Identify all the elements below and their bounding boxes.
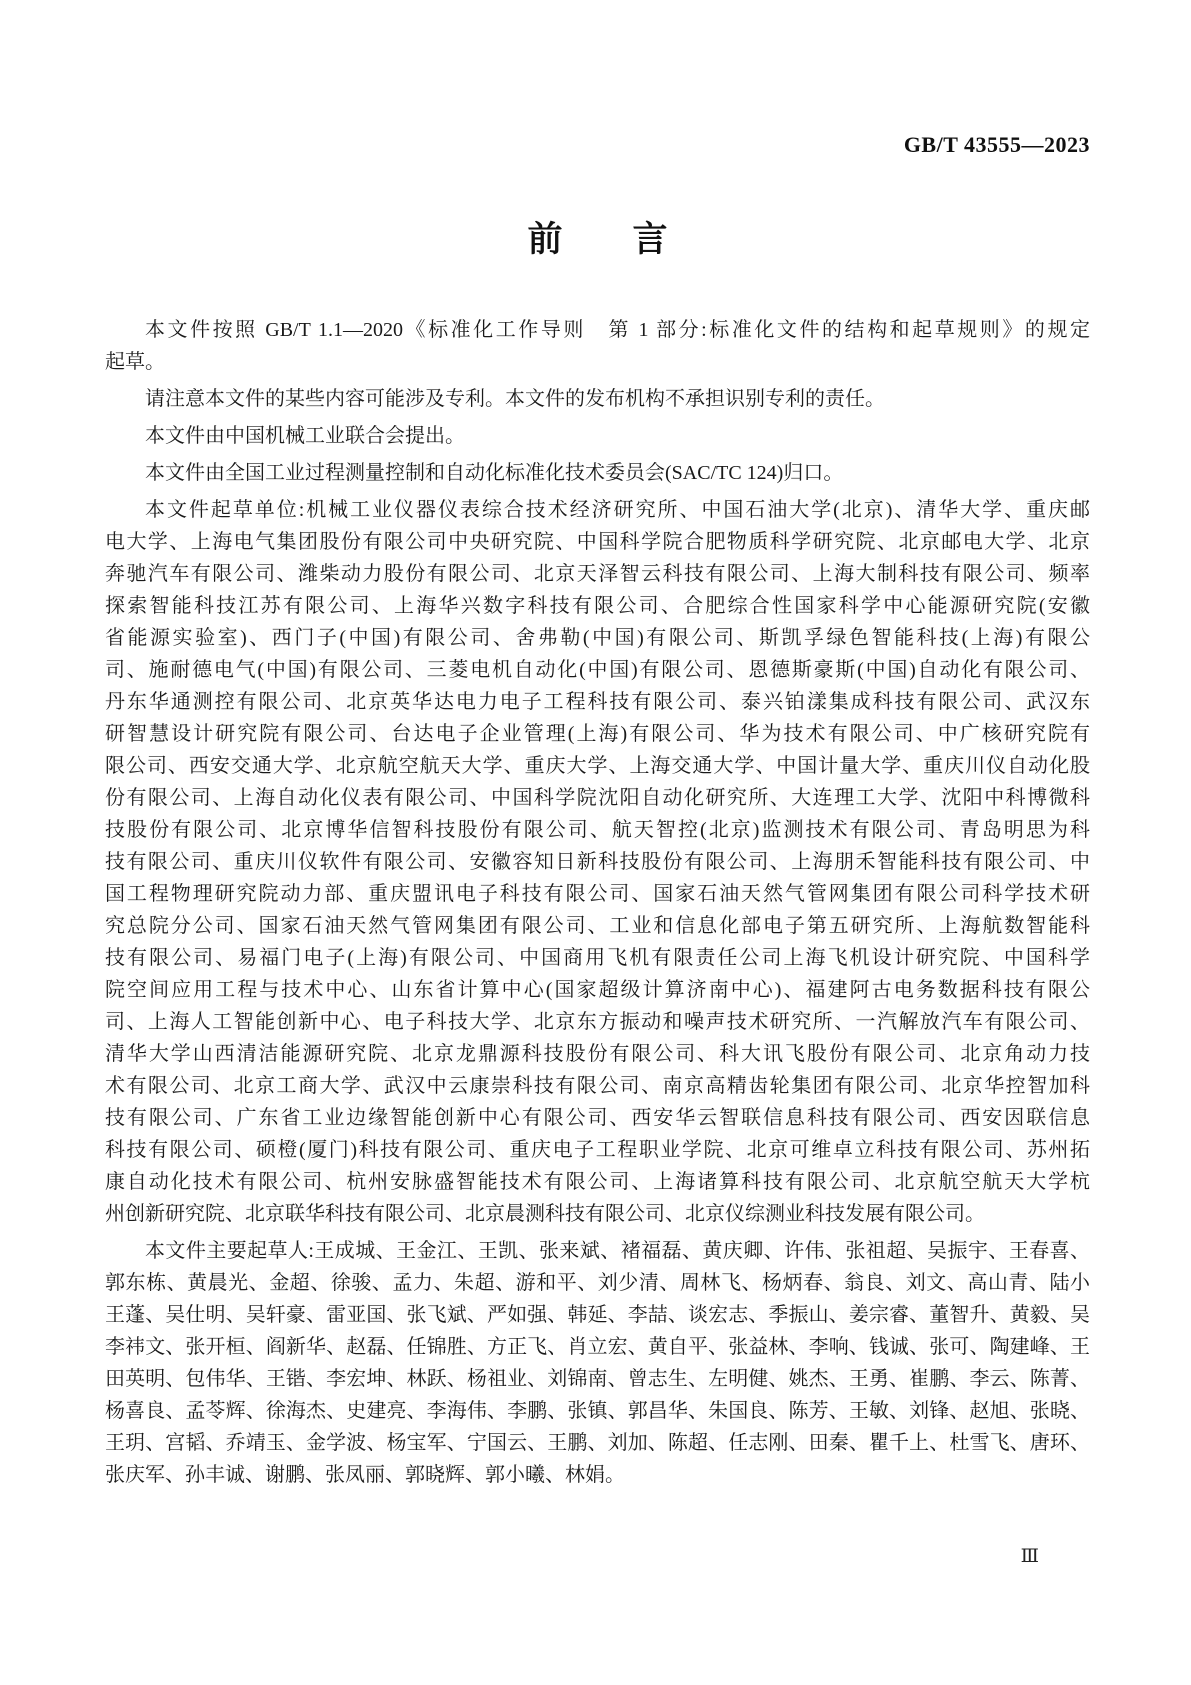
body-line: 份有限公司、上海自动化仪表有限公司、中国科学院沈阳自动化研究所、大连理工大学、沈… <box>105 782 1090 814</box>
body-line: 探索智能科技江苏有限公司、上海华兴数字科技有限公司、合肥综合性国家科学中心能源研… <box>105 590 1090 622</box>
body-line: 奔驰汽车有限公司、潍柴动力股份有限公司、北京天泽智云科技有限公司、上海大制科技有… <box>105 558 1090 590</box>
body-line: 张庆军、孙丰诚、谢鹏、张凤丽、郭晓辉、郭小曦、林娟。 <box>105 1459 1090 1491</box>
body-line: 李祎文、张开桓、阎新华、赵磊、任锦胜、方正飞、肖立宏、黄自平、张益林、李响、钱诚… <box>105 1331 1090 1363</box>
body-line: 本文件主要起草人:王成城、王金江、王凯、张来斌、褚福磊、黄庆卿、许伟、张祖超、吴… <box>105 1235 1090 1267</box>
body-line: 院空间应用工程与技术中心、山东省计算中心(国家超级计算济南中心)、福建阿古电务数… <box>105 974 1090 1006</box>
body-line: 限公司、西安交通大学、北京航空航天大学、重庆大学、上海交通大学、中国计量大学、重… <box>105 750 1090 782</box>
body-line: 清华大学山西清洁能源研究院、北京龙鼎源科技股份有限公司、科大讯飞股份有限公司、北… <box>105 1038 1090 1070</box>
body-line: 技有限公司、广东省工业边缘智能创新中心有限公司、西安华云智联信息科技有限公司、西… <box>105 1102 1090 1134</box>
body-line: 术有限公司、北京工商大学、武汉中云康崇科技有限公司、南京高精齿轮集团有限公司、北… <box>105 1070 1090 1102</box>
paragraph: 本文件主要起草人:王成城、王金江、王凯、张来斌、褚福磊、黄庆卿、许伟、张祖超、吴… <box>105 1235 1090 1491</box>
document-body: 本文件按照 GB/T 1.1—2020《标准化工作导则 第 1 部分:标准化文件… <box>105 314 1090 1491</box>
body-line: 州创新研究院、北京联华科技有限公司、北京晨测科技有限公司、北京仪综测业科技发展有… <box>105 1198 1090 1230</box>
body-line: 请注意本文件的某些内容可能涉及专利。本文件的发布机构不承担识别专利的责任。 <box>105 383 1090 415</box>
body-line: 科技有限公司、硕橙(厦门)科技有限公司、重庆电子工程职业学院、北京可维卓立科技有… <box>105 1134 1090 1166</box>
page-number: Ⅲ <box>1021 1546 1039 1568</box>
paragraph: 本文件由中国机械工业联合会提出。 <box>105 420 1090 452</box>
body-line: 丹东华通测控有限公司、北京英华达电力电子工程科技有限公司、泰兴铂漾集成科技有限公… <box>105 686 1090 718</box>
body-line: 技有限公司、易福门电子(上海)有限公司、中国商用飞机有限责任公司上海飞机设计研究… <box>105 942 1090 974</box>
paragraph: 请注意本文件的某些内容可能涉及专利。本文件的发布机构不承担识别专利的责任。 <box>105 383 1090 415</box>
paragraph: 本文件按照 GB/T 1.1—2020《标准化工作导则 第 1 部分:标准化文件… <box>105 314 1090 378</box>
body-line: 研智慧设计研究院有限公司、台达电子企业管理(上海)有限公司、华为技术有限公司、中… <box>105 718 1090 750</box>
body-line: 王蓬、吴仕明、吴轩豪、雷亚国、张飞斌、严如强、韩延、李喆、谈宏志、季振山、姜宗睿… <box>105 1299 1090 1331</box>
body-line: 本文件由中国机械工业联合会提出。 <box>105 420 1090 452</box>
body-line: 司、施耐德电气(中国)有限公司、三菱电机自动化(中国)有限公司、恩德斯豪斯(中国… <box>105 654 1090 686</box>
body-line: 田英明、包伟华、王锴、李宏坤、林跃、杨祖业、刘锦南、曾志生、左明健、姚杰、王勇、… <box>105 1363 1090 1395</box>
paragraph: 本文件由全国工业过程测量控制和自动化标准化技术委员会(SAC/TC 124)归口… <box>105 457 1090 489</box>
body-line: 郭东栋、黄晨光、金超、徐骏、孟力、朱超、游和平、刘少清、周林飞、杨炳春、翁良、刘… <box>105 1267 1090 1299</box>
body-line: 本文件按照 GB/T 1.1—2020《标准化工作导则 第 1 部分:标准化文件… <box>105 314 1090 346</box>
body-line: 本文件起草单位:机械工业仪器仪表综合技术经济研究所、中国石油大学(北京)、清华大… <box>105 494 1090 526</box>
body-line: 康自动化技术有限公司、杭州安脉盛智能技术有限公司、上海诸算科技有限公司、北京航空… <box>105 1166 1090 1198</box>
body-line: 电大学、上海电气集团股份有限公司中央研究院、中国科学院合肥物质科学研究院、北京邮… <box>105 526 1090 558</box>
page-title: 前 言 <box>105 218 1090 262</box>
document-page: GB/T 43555—2023 前 言 本文件按照 GB/T 1.1—2020《… <box>0 0 1191 1685</box>
body-line: 王玥、宫韬、乔靖玉、金学波、杨宝军、宁国云、王鹏、刘加、陈超、任志刚、田秦、瞿千… <box>105 1427 1090 1459</box>
body-line: 技股份有限公司、北京博华信智科技股份有限公司、航天智控(北京)监测技术有限公司、… <box>105 814 1090 846</box>
body-line: 起草。 <box>105 346 1090 378</box>
body-line: 省能源实验室)、西门子(中国)有限公司、舍弗勒(中国)有限公司、斯凯孚绿色智能科… <box>105 622 1090 654</box>
paragraph: 本文件起草单位:机械工业仪器仪表综合技术经济研究所、中国石油大学(北京)、清华大… <box>105 494 1090 1230</box>
body-line: 杨喜良、孟苓辉、徐海杰、史建亮、李海伟、李鹏、张镇、郭昌华、朱国良、陈芳、王敏、… <box>105 1395 1090 1427</box>
standard-code: GB/T 43555—2023 <box>105 132 1090 158</box>
body-line: 司、上海人工智能创新中心、电子科技大学、北京东方振动和噪声技术研究所、一汽解放汽… <box>105 1006 1090 1038</box>
body-line: 技有限公司、重庆川仪软件有限公司、安徽容知日新科技股份有限公司、上海朋禾智能科技… <box>105 846 1090 878</box>
body-line: 国工程物理研究院动力部、重庆盟讯电子科技有限公司、国家石油天然气管网集团有限公司… <box>105 878 1090 910</box>
body-line: 本文件由全国工业过程测量控制和自动化标准化技术委员会(SAC/TC 124)归口… <box>105 457 1090 489</box>
body-line: 究总院分公司、国家石油天然气管网集团有限公司、工业和信息化部电子第五研究所、上海… <box>105 910 1090 942</box>
